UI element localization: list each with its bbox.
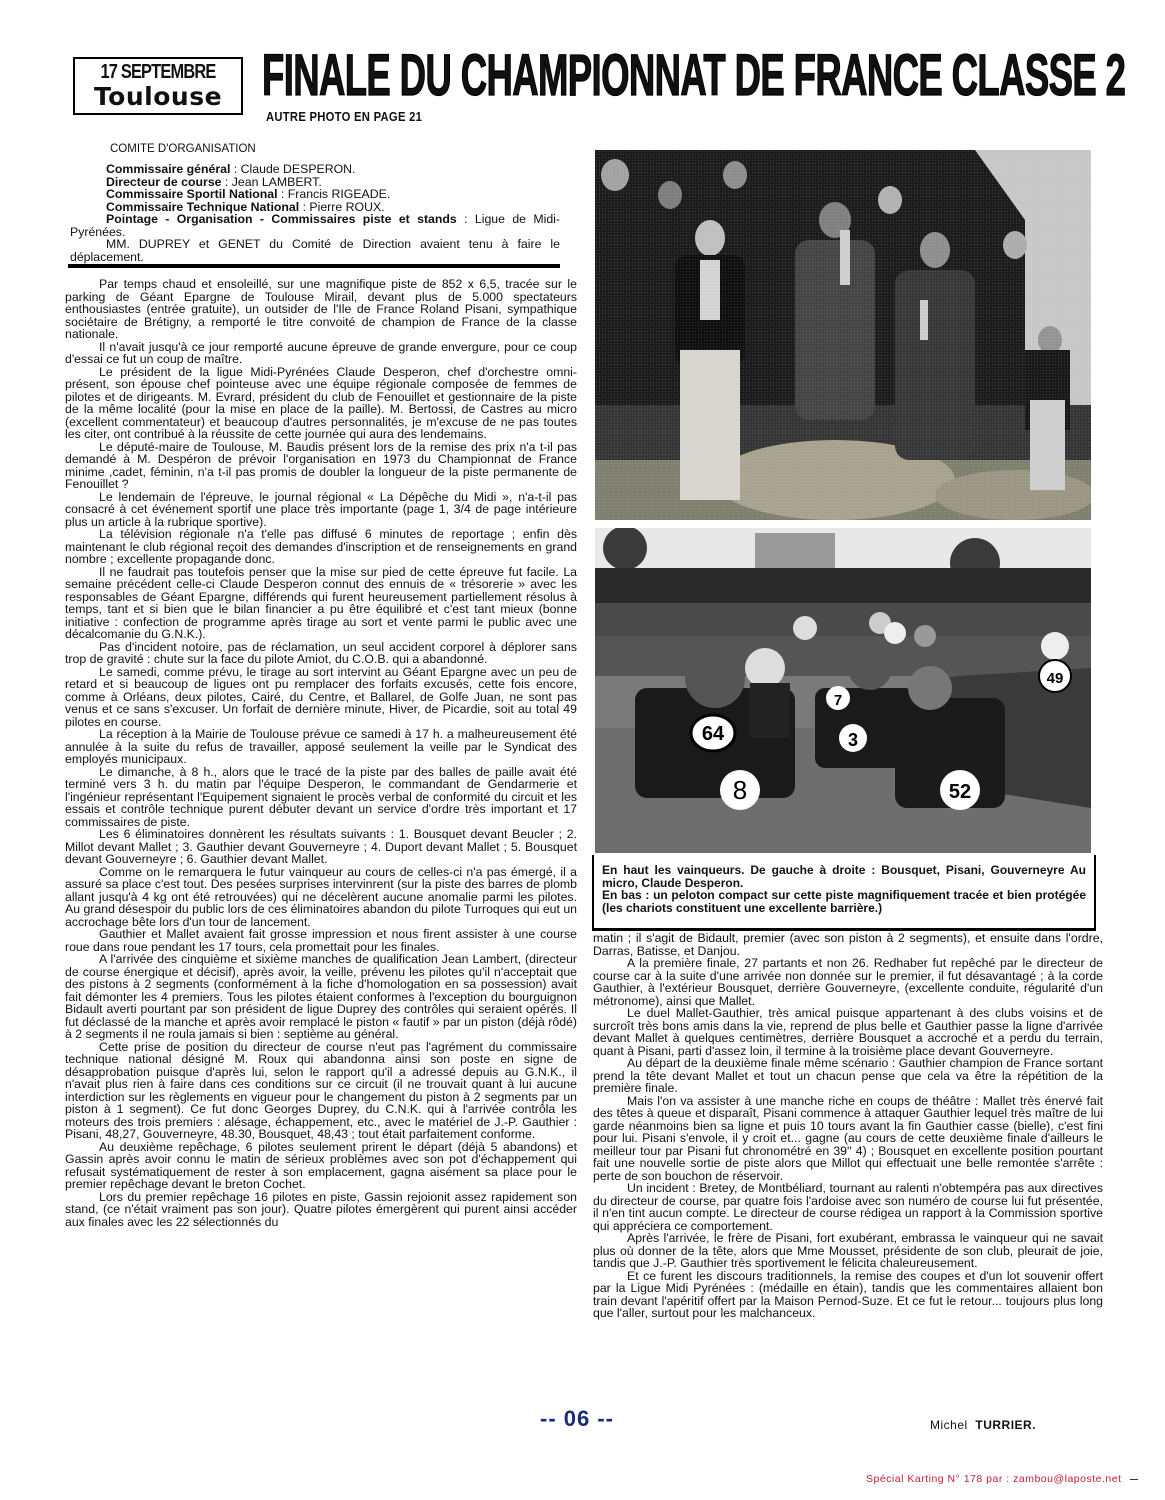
paragraph: Le lendemain de l'épreuve, le journal ré… [65, 491, 577, 529]
svg-text:64: 64 [702, 723, 725, 745]
paragraph: Au départ de la deuxième finale même scé… [593, 1057, 1103, 1095]
paragraph: Le député-maire de Toulouse, M. Baudis p… [65, 441, 577, 491]
article-left-column: Par temps chaud et ensoleillé, sur une m… [65, 278, 577, 1228]
paragraph: Par temps chaud et ensoleillé, sur une m… [65, 278, 577, 341]
event-date: 17 SEPTEMBRE [90, 61, 226, 83]
paragraph: Lors du premier repêchage 16 pilotes en … [65, 1191, 577, 1229]
committee-line: Pointage - Organisation - Commissaires p… [70, 213, 560, 238]
paragraph: Cette prise de position du directeur de … [65, 1041, 577, 1141]
svg-text:52: 52 [949, 781, 971, 803]
author-signature: Michel TURRIER. [930, 1418, 1036, 1432]
section-divider [68, 264, 560, 268]
paragraph: Les 6 éliminatoires donnèrent les résult… [65, 828, 577, 866]
race-photo: 64 8 3 7 52 49 [595, 528, 1091, 853]
article-right-column: matin ; il s'agit de Bidault, premier (a… [593, 932, 1103, 1320]
committee-title: COMITE D'ORGANISATION [110, 143, 560, 155]
paragraph: A l'arrivée des cinquième et sixième man… [65, 953, 577, 1041]
date-location-box: 17 SEPTEMBRE Toulouse [73, 57, 243, 115]
paragraph: Le dimanche, à 8 h., alors que le tracé … [65, 766, 577, 829]
paragraph: matin ; il s'agit de Bidault, premier (a… [593, 932, 1103, 957]
page-number: -- 06 -- [540, 1406, 614, 1432]
committee-line: MM. DUPREY et GENET du Comité de Directi… [70, 238, 560, 263]
caption-top: En haut les vainqueurs. De gauche à droi… [602, 864, 1086, 889]
caption-bottom: En bas : un peloton compact sur cette pi… [602, 889, 1086, 914]
organizing-committee: COMITE D'ORGANISATION Commissaire généra… [70, 143, 560, 263]
event-location: Toulouse [75, 83, 241, 111]
svg-text:8: 8 [733, 775, 747, 805]
paragraph: Le président de la ligue Midi-Pyrénées C… [65, 366, 577, 441]
paragraph: Il n'avait jusqu'à ce jour remporté aucu… [65, 341, 577, 366]
paragraph: Il ne faudrait pas toutefois penser que … [65, 566, 577, 641]
paragraph: Pas d'incident notoire, pas de réclamati… [65, 641, 577, 666]
trailing-mark [1130, 1479, 1138, 1480]
scan-credit: Spécial Karting N° 178 par : zambou@lapo… [866, 1473, 1138, 1485]
paragraph: Et ce furent les discours traditionnels,… [593, 1270, 1103, 1320]
svg-text:3: 3 [848, 730, 858, 750]
paragraph: La télévision régionale n'a t'elle pas d… [65, 528, 577, 566]
podium-photo-image [595, 150, 1091, 520]
photo-caption: En haut les vainqueurs. De gauche à droi… [592, 855, 1096, 931]
paragraph: Comme on le remarquera le futur vainqueu… [65, 866, 577, 929]
race-photo-image: 64 8 3 7 52 49 [595, 528, 1091, 853]
paragraph: Au deuxième repêchage, 6 pilotes seuleme… [65, 1141, 577, 1191]
paragraph: Gauthier et Mallet avaient fait grosse i… [65, 928, 577, 953]
paragraph: Mais l'on va assister à une manche riche… [593, 1095, 1103, 1183]
paragraph: Un incident : Bretey, de Montbéliard, to… [593, 1182, 1103, 1232]
paragraph: Le samedi, comme prévu, le tirage au sor… [65, 666, 577, 729]
paragraph: Le duel Mallet-Gauthier, très amical pui… [593, 1007, 1103, 1057]
paragraph: La réception à la Mairie de Toulouse pré… [65, 728, 577, 766]
svg-text:49: 49 [1047, 670, 1064, 687]
svg-text:7: 7 [834, 692, 842, 709]
paragraph: A la première finale, 27 partants et non… [593, 957, 1103, 1007]
podium-photo [595, 150, 1091, 520]
paragraph: Après l'arrivée, le frère de Pisani, for… [593, 1232, 1103, 1270]
headline: FINALE DU CHAMPIONNAT DE FRANCE CLASSE 2 [262, 46, 829, 106]
photo-reference: AUTRE PHOTO EN PAGE 21 [266, 110, 422, 124]
